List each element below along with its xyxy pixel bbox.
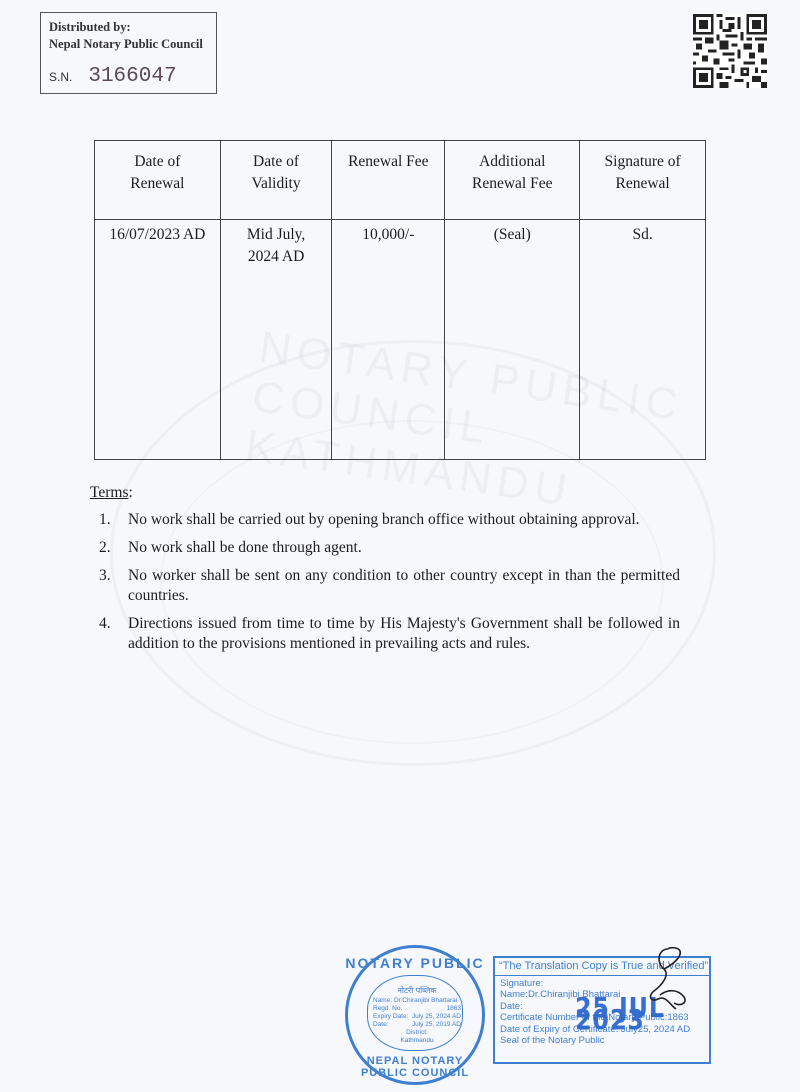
cell-date-of-renewal: 16/07/2023 AD	[95, 220, 221, 460]
list-item: 3.No worker shall be sent on any conditi…	[90, 566, 680, 606]
cell-signature-of-renewal: Sd.	[580, 220, 706, 460]
list-item: 1.No work shall be carried out by openin…	[90, 510, 680, 530]
terms-section: Terms: 1.No work shall be carried out by…	[90, 484, 680, 662]
cell-renewal-fee: 10,000/-	[332, 220, 445, 460]
col-date-of-validity: Date ofValidity	[220, 141, 332, 220]
qr-code-icon	[693, 14, 767, 88]
list-item: 2.No work shall be done through agent.	[90, 538, 680, 558]
cell-date-of-validity: Mid July,2024 AD	[220, 220, 332, 460]
col-renewal-fee: Renewal Fee	[332, 141, 445, 220]
seal-label: Seal of the Notary Public	[500, 1035, 704, 1047]
terms-title: Terms	[90, 484, 129, 501]
seal-arc-bottom: NEPAL NOTARY PUBLIC COUNCIL	[345, 1055, 485, 1079]
col-signature-of-renewal: Signature ofRenewal	[580, 141, 706, 220]
notary-round-seal: NOTARY PUBLIC नोटरी पब्लिक Name: Dr.Chir…	[345, 945, 485, 1085]
list-item: 4.Directions issued from time to time by…	[90, 614, 680, 654]
table-header-row: Date ofRenewal Date ofValidity Renewal F…	[95, 141, 706, 220]
distributor-box: Distributed by: Nepal Notary Public Coun…	[40, 12, 217, 94]
cell-additional-renewal-fee: (Seal)	[445, 220, 580, 460]
seal-arc-top: NOTARY PUBLIC	[345, 955, 485, 971]
terms-list: 1.No work shall be carried out by openin…	[90, 510, 680, 654]
col-additional-renewal-fee: AdditionalRenewal Fee	[445, 141, 580, 220]
seal-details: नोटरी पब्लिक Name: Dr.Chiranjibi Bhattar…	[373, 987, 461, 1045]
col-date-of-renewal: Date ofRenewal	[95, 141, 221, 220]
distributed-by-label: Distributed by:	[49, 19, 208, 36]
distributor-name: Nepal Notary Public Council	[49, 36, 208, 53]
renewal-table: Date ofRenewal Date ofValidity Renewal F…	[94, 140, 706, 460]
serial-number: 3166047	[88, 65, 176, 88]
table-row: 16/07/2023 AD Mid July,2024 AD 10,000/- …	[95, 220, 706, 460]
signature-icon	[640, 945, 700, 1015]
serial-label: S.N.	[49, 70, 72, 84]
